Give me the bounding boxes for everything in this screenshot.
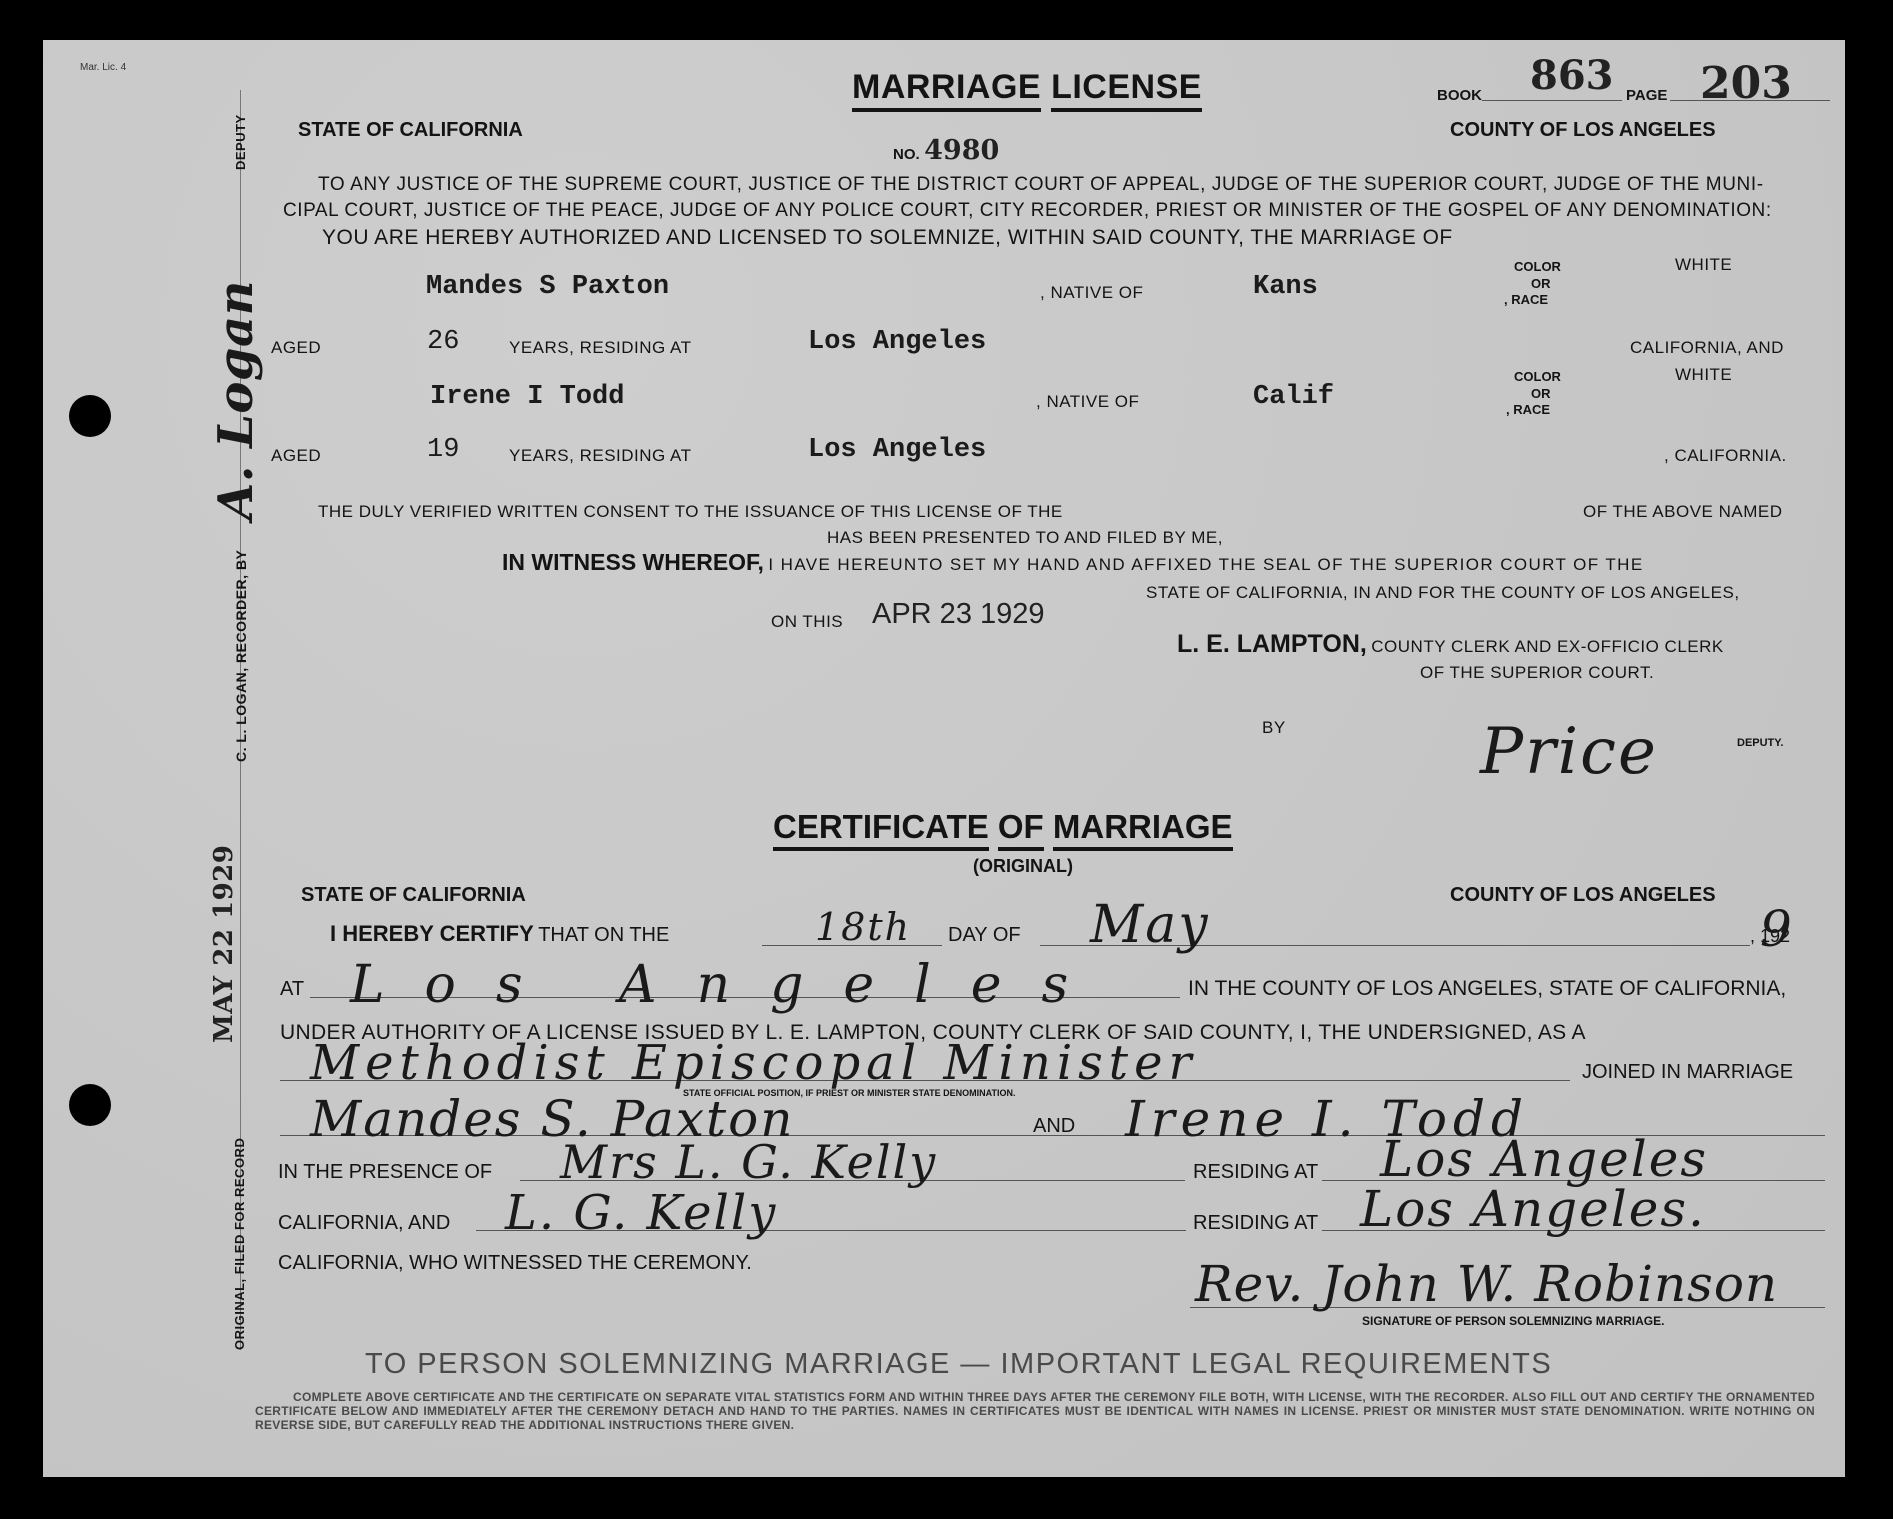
bride-age: 19 <box>427 435 459 465</box>
witness-whereof-rest: I HAVE HEREUNTO SET MY HAND AND AFFIXED … <box>768 555 1643 574</box>
bride-aged-label: AGED <box>271 446 321 466</box>
month-value: May <box>1090 895 1210 955</box>
joined-label: JOINED IN MARRIAGE <box>1582 1061 1793 1084</box>
certificate-state: STATE OF CALIFORNIA <box>301 884 526 907</box>
certificate-title-word1: CERTIFICATE <box>773 808 989 851</box>
groom-race-label: , RACE <box>1504 292 1548 307</box>
preamble-line-2: CIPAL COURT, JUSTICE OF THE PEACE, JUDGE… <box>283 200 1772 222</box>
bride-years-residing-label: YEARS, RESIDING AT <box>509 446 692 466</box>
by-label: BY <box>1262 718 1286 738</box>
clerk-title-1: COUNTY CLERK AND EX-OFFICIO CLERK <box>1371 637 1723 656</box>
signature-label: SIGNATURE OF PERSON SOLEMNIZING MARRIAGE… <box>1362 1314 1664 1328</box>
place-value: Los Angeles <box>350 955 1108 1015</box>
witness-whereof-line: IN WITNESS WHEREOF, I HAVE HEREUNTO SET … <box>502 549 1644 576</box>
certificate-title-word2: OF <box>998 808 1044 851</box>
groom-years-residing-label: YEARS, RESIDING AT <box>509 338 692 358</box>
filed-for-record-label: ORIGINAL, FILED FOR RECORD <box>232 1138 247 1350</box>
license-no-value: 4980 <box>924 135 999 166</box>
certificate-title-word3: MARRIAGE <box>1053 808 1233 851</box>
certificate-title: CERTIFICATE OF MARRIAGE <box>773 808 1233 846</box>
certify-rest: THAT ON THE <box>538 924 669 946</box>
issue-date: APR 23 1929 <box>872 598 1045 631</box>
bride-residence: Los Angeles <box>808 435 986 465</box>
day-value: 18th <box>815 905 911 949</box>
witness2-name: L. G. Kelly <box>505 1185 777 1241</box>
clerk-name: L. E. LAMPTON, <box>1177 630 1367 658</box>
book-value: 863 <box>1530 52 1614 99</box>
book-line <box>1482 100 1622 101</box>
hole-punch-bottom <box>69 1084 111 1126</box>
groom-name: Mandes S Paxton <box>426 272 669 302</box>
groom-residence: Los Angeles <box>808 327 986 357</box>
clerk-line: L. E. LAMPTON, COUNTY CLERK AND EX-OFFIC… <box>1177 630 1724 659</box>
groom-suffix: CALIFORNIA, AND <box>1630 338 1784 358</box>
license-county: COUNTY OF LOS ANGELES <box>1450 119 1716 142</box>
clerk-title-2: OF THE SUPERIOR COURT. <box>1420 663 1654 683</box>
footer-instructions: COMPLETE ABOVE CERTIFICATE AND THE CERTI… <box>255 1390 1815 1432</box>
residing-label-2: RESIDING AT <box>1193 1212 1318 1235</box>
year-digit: 9 <box>1760 900 1794 958</box>
preamble-line-1: TO ANY JUSTICE OF THE SUPREME COURT, JUS… <box>318 174 1764 196</box>
deputy-signature: Price <box>1480 715 1658 789</box>
and-label: AND <box>1033 1115 1075 1138</box>
california-and-label: CALIFORNIA, AND <box>278 1212 450 1235</box>
at-label: AT <box>280 978 304 1001</box>
day-of-label: DAY OF <box>948 924 1021 947</box>
bride-color-label: COLOR <box>1514 369 1561 384</box>
license-no: NO. 4980 <box>893 135 999 166</box>
book-label: BOOK <box>1437 87 1482 104</box>
certificate-subtitle: (ORIGINAL) <box>973 856 1073 877</box>
witness-line-2: STATE OF CALIFORNIA, IN AND FOR THE COUN… <box>1146 583 1740 603</box>
certify-line: I HEREBY CERTIFY THAT ON THE <box>330 921 669 947</box>
bride-race-value: WHITE <box>1675 365 1732 385</box>
consent-line-1-right: OF THE ABOVE NAMED <box>1583 502 1783 522</box>
residing-label-1: RESIDING AT <box>1193 1161 1318 1184</box>
presence-label: IN THE PRESENCE OF <box>278 1161 492 1184</box>
witness1-name: Mrs L. G. Kelly <box>560 1135 937 1189</box>
license-state: STATE OF CALIFORNIA <box>298 119 523 142</box>
bride-or-label: OR <box>1531 386 1551 401</box>
margin-recorder-label: C. L. LOGAN, RECORDER, BY <box>233 550 249 762</box>
recorder-signature: A. Logan <box>208 280 264 520</box>
filed-date-stamp: MAY 22 1929 <box>209 845 239 1043</box>
hole-punch-top <box>69 395 111 437</box>
bride-native-label: , NATIVE OF <box>1036 392 1139 412</box>
license-title-word1: MARRIAGE <box>852 68 1041 112</box>
witnessed-label: CALIFORNIA, WHO WITNESSED THE CEREMONY. <box>278 1252 752 1275</box>
witness-whereof-bold: IN WITNESS WHEREOF, <box>502 549 764 575</box>
bride-name: Irene I Todd <box>430 382 624 412</box>
page-value: 203 <box>1700 58 1792 109</box>
license-title-word2: LICENSE <box>1051 68 1202 112</box>
deputy-label: DEPUTY. <box>1737 737 1783 749</box>
license-title: MARRIAGE LICENSE <box>852 68 1202 107</box>
officiant-signature: Rev. John W. Robinson <box>1195 1255 1778 1313</box>
page-label: PAGE <box>1626 87 1667 104</box>
certificate-county: COUNTY OF LOS ANGELES <box>1450 884 1716 907</box>
groom-native-label: , NATIVE OF <box>1040 283 1143 303</box>
bride-native-value: Calif <box>1253 382 1334 412</box>
footer-title: TO PERSON SOLEMNIZING MARRIAGE — IMPORTA… <box>365 1348 1552 1381</box>
groom-color-label: COLOR <box>1514 259 1561 274</box>
bride-suffix: , CALIFORNIA. <box>1664 446 1787 466</box>
on-this-label: ON THIS <box>771 612 843 632</box>
groom-age: 26 <box>427 327 459 357</box>
bride-race-label: , RACE <box>1506 402 1550 417</box>
license-no-label: NO. <box>893 146 920 163</box>
witness2-residence: Los Angeles. <box>1360 1180 1706 1238</box>
margin-deputy-label: DEPUTY <box>233 114 248 170</box>
groom-or-label: OR <box>1531 276 1551 291</box>
groom-aged-label: AGED <box>271 338 321 358</box>
form-id: Mar. Lic. 4 <box>80 62 126 73</box>
county-line: IN THE COUNTY OF LOS ANGELES, STATE OF C… <box>1188 977 1786 1001</box>
officiant-position: Methodist Episcopal Minister <box>310 1035 1197 1091</box>
groom-native-value: Kans <box>1253 272 1318 302</box>
certify-bold: I HEREBY CERTIFY <box>330 921 534 946</box>
consent-line-2: HAS BEEN PRESENTED TO AND FILED BY ME, <box>827 528 1223 548</box>
consent-line-1: THE DULY VERIFIED WRITTEN CONSENT TO THE… <box>318 502 1063 522</box>
groom-race-value: WHITE <box>1675 255 1732 275</box>
preamble-line-3: YOU ARE HEREBY AUTHORIZED AND LICENSED T… <box>322 226 1453 250</box>
